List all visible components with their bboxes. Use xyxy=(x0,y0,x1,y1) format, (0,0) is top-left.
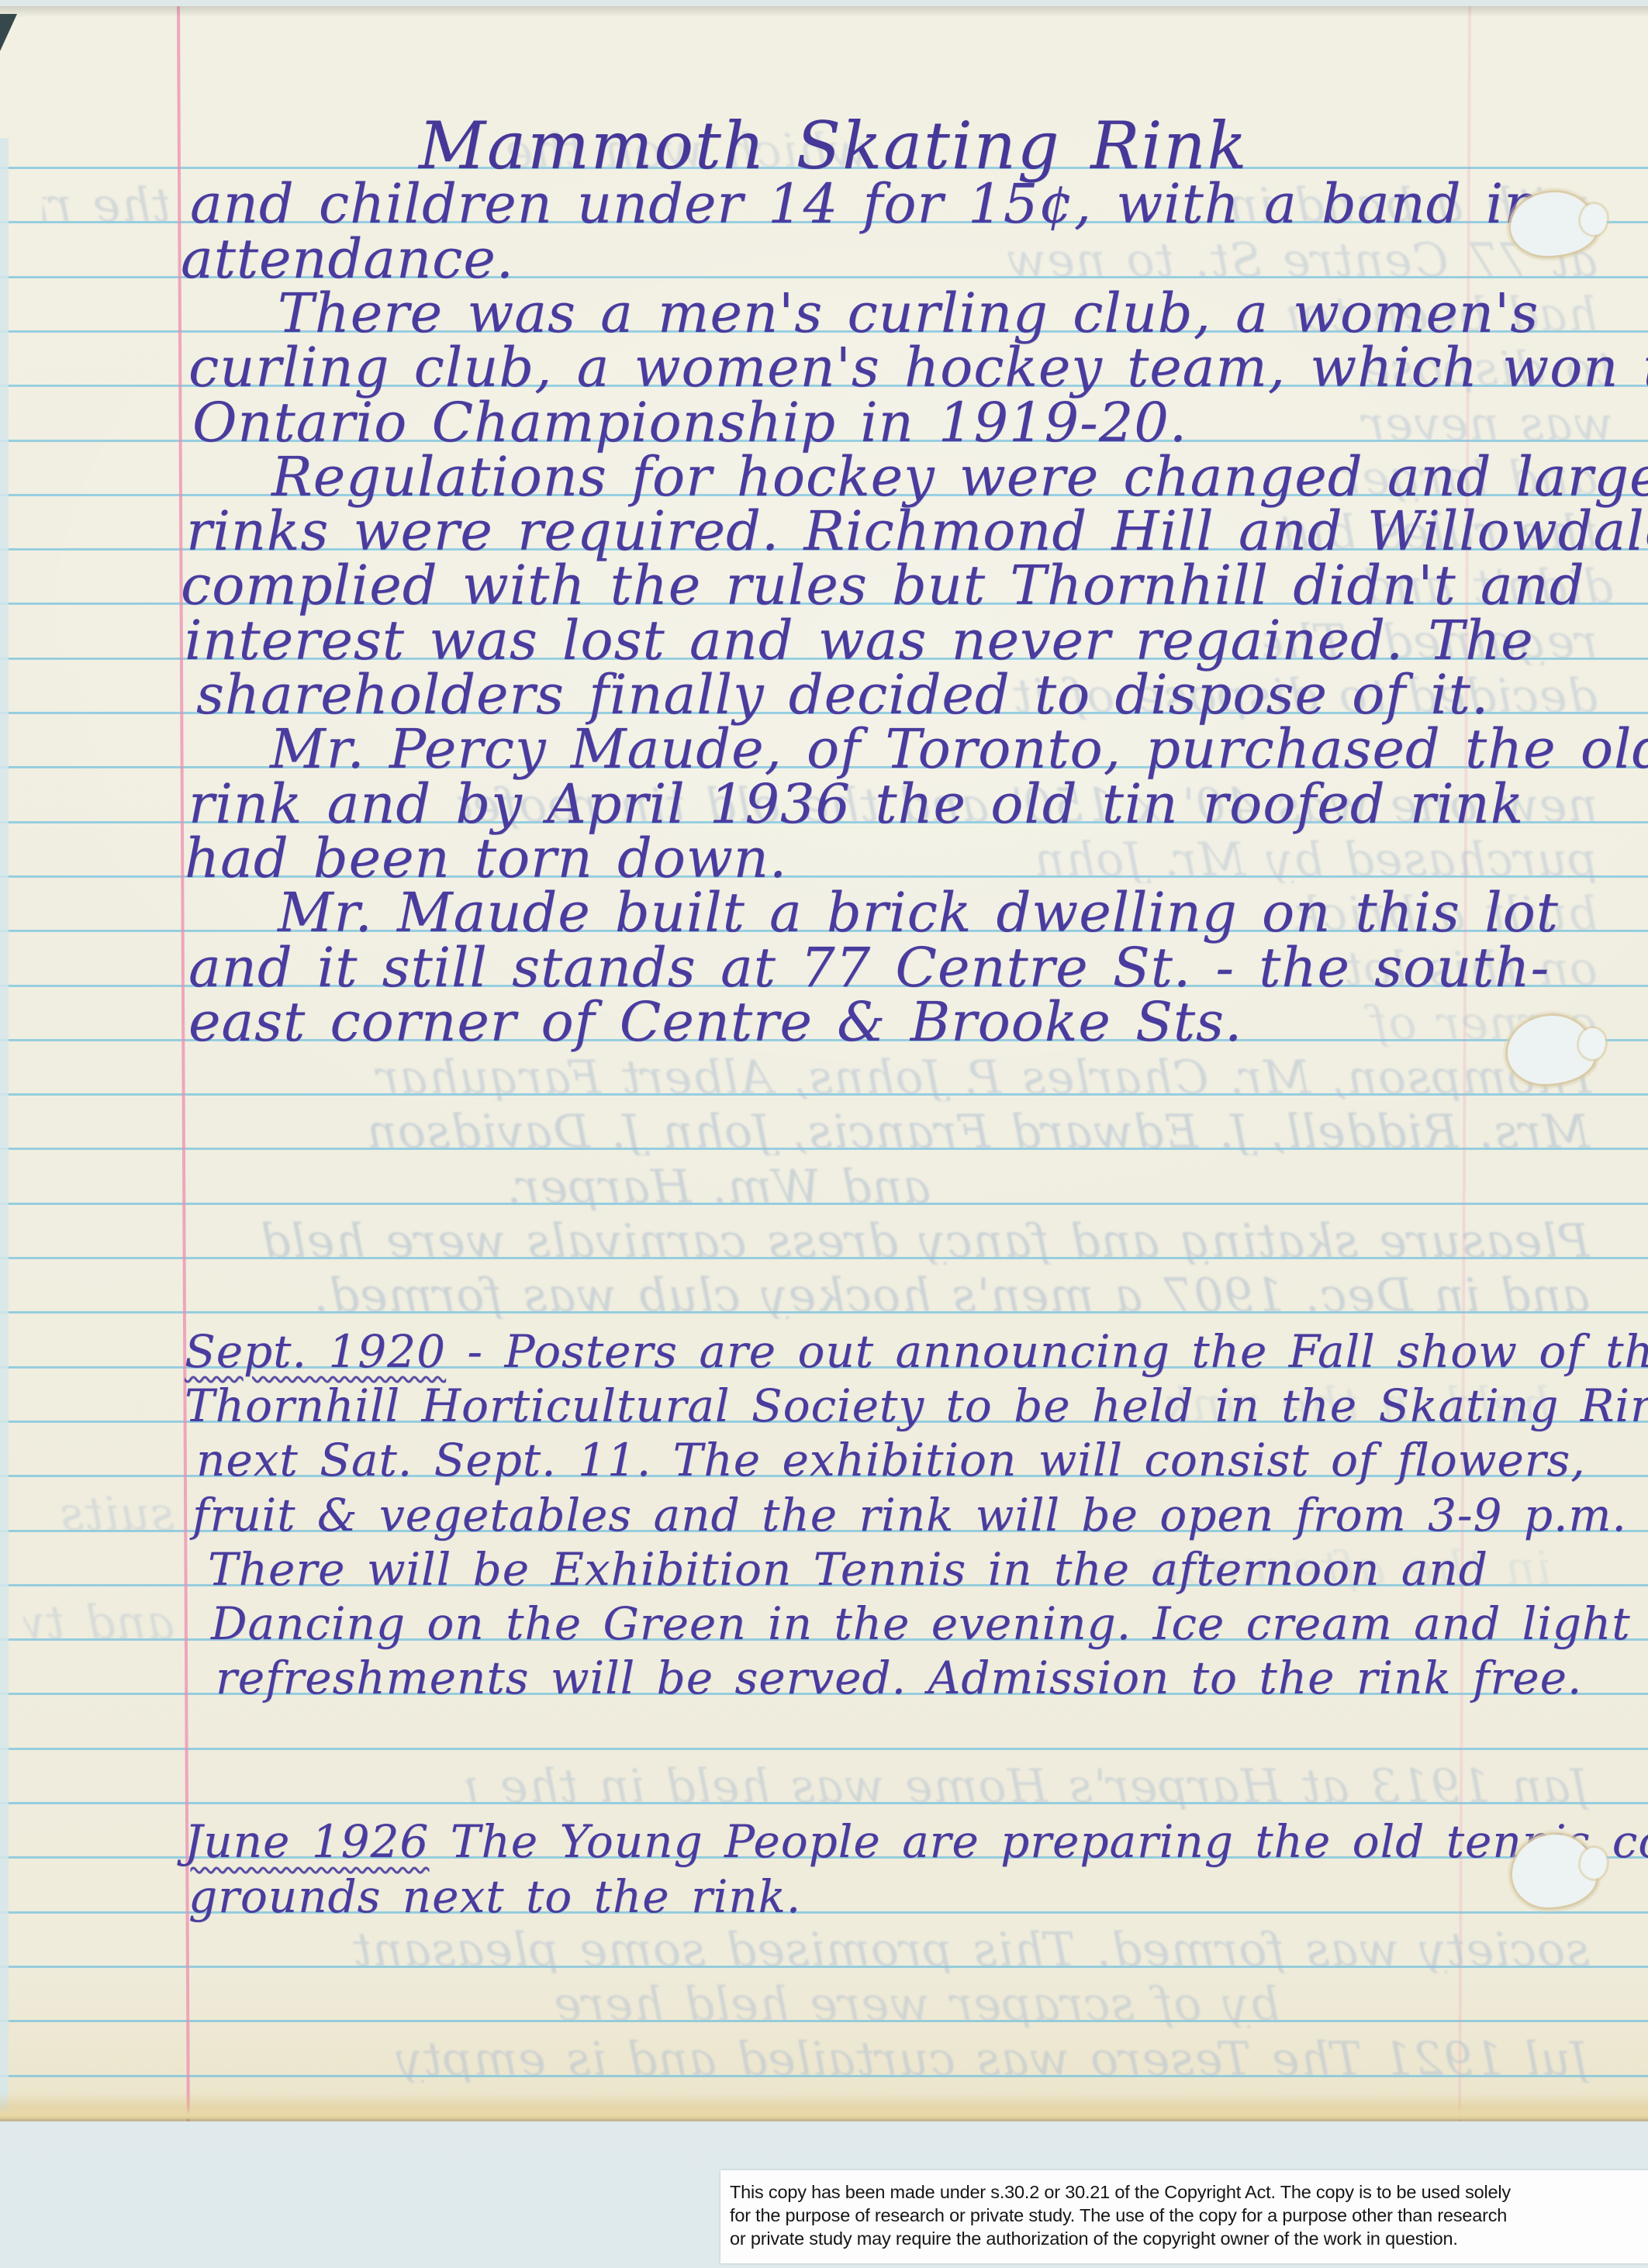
page-title: Mammoth Skating Rink xyxy=(419,113,1248,178)
handwriting-line: There was a men's curling club, a women'… xyxy=(278,286,1539,340)
handwriting-line: Thornhill Horticultural Society to be he… xyxy=(185,1383,1648,1428)
copyright-stamp-text: or private study may require the authori… xyxy=(730,2227,1648,2250)
paper-torn-bottom-edge xyxy=(0,2093,1648,2121)
handwriting-line: shareholders finally decided to dispose … xyxy=(196,668,1489,722)
handwriting-line: Ontario Championship in 1919-20. xyxy=(192,395,1187,450)
paper: which won thewith a band inthe rinkat 77… xyxy=(0,6,1648,2121)
scanned-document: { "page": { "width": 2125, "height": 292… xyxy=(0,0,1648,2268)
handwriting-line: complied with the rules but Thornhill di… xyxy=(181,558,1585,613)
handwriting-line: and children under 14 for 15¢, with a ba… xyxy=(190,177,1539,231)
handwriting-line: interest was lost and was never regained… xyxy=(185,613,1534,668)
handwriting-line: had been torn down. xyxy=(185,831,787,885)
handwriting-line: curling club, a women's hockey team, whi… xyxy=(188,340,1648,395)
handwriting-line: Mr. Maude built a brick dwelling on this… xyxy=(278,885,1559,940)
handwriting-line: Dancing on the Green in the evening. Ice… xyxy=(211,1601,1631,1646)
left-scan-edge xyxy=(0,138,9,2115)
handwriting-line: refreshments will be served. Admission t… xyxy=(216,1655,1582,1700)
handwriting-layer: Mammoth Skating Rink and children under … xyxy=(0,6,1648,2121)
handwriting-line: next Sat. Sept. 11. The exhibition will … xyxy=(196,1438,1586,1483)
underlined-date: Sept. 1920 xyxy=(185,1325,446,1378)
handwriting-line: east corner of Centre & Brooke Sts. xyxy=(188,995,1242,1049)
handwriting-line: grounds next to the rink. xyxy=(188,1874,801,1919)
handwriting-line: June 1926 The Young People are preparing… xyxy=(185,1819,1648,1864)
handwriting-line: and it still stands at 77 Centre St. - t… xyxy=(188,941,1550,995)
handwriting-line: rinks were required. Richmond Hill and W… xyxy=(186,504,1648,558)
handwriting-line: Sept. 1920 - Posters are out announcing … xyxy=(185,1329,1648,1374)
copyright-stamp: This copy has been made under s.30.2 or … xyxy=(720,2170,1648,2263)
paper-top-shadow xyxy=(0,6,1648,17)
handwriting-line: There will be Exhibition Tennis in the a… xyxy=(208,1547,1488,1592)
handwriting-line: attendance. xyxy=(181,232,514,286)
handwriting-line: fruit & vegetables and the rink will be … xyxy=(192,1493,1627,1538)
handwriting-line: Regulations for hockey were changed and … xyxy=(271,450,1648,504)
underlined-date: June 1926 xyxy=(185,1815,429,1868)
copyright-stamp-text: This copy has been made under s.30.2 or … xyxy=(730,2180,1648,2204)
handwriting-line: rink and by April 1936 the old tin roofe… xyxy=(188,777,1524,831)
handwriting-line: Mr. Percy Maude, of Toronto, purchased t… xyxy=(270,722,1648,776)
copyright-stamp-text: for the purpose of research or private s… xyxy=(730,2204,1648,2227)
